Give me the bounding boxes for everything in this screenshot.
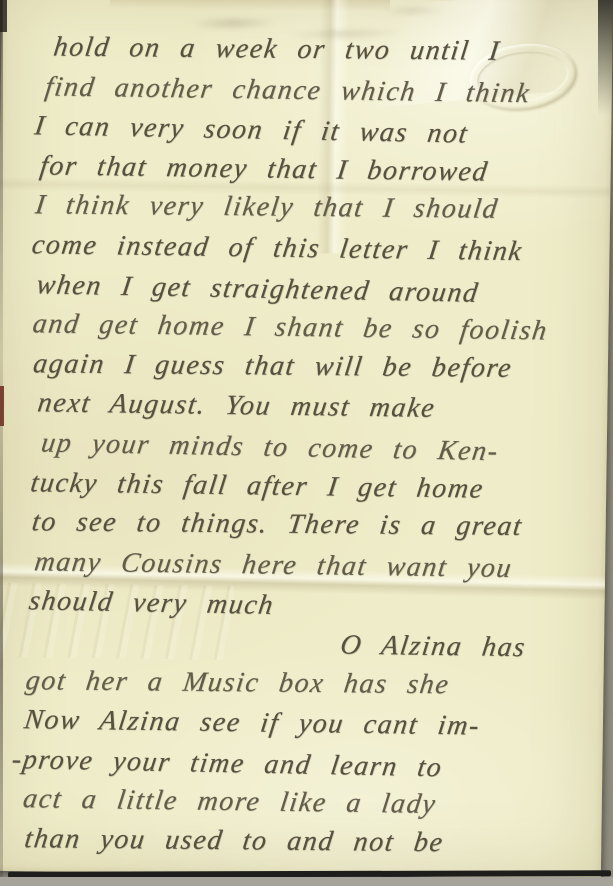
letter-paper: hold on a week or two until I find anoth… — [0, 0, 613, 879]
scan-background: hold on a week or two until I find anoth… — [0, 0, 613, 886]
letter-line: Now Alzina see if you cant im- — [22, 700, 613, 748]
letter-line: than you used to and not be — [22, 819, 613, 864]
scan-corner-shadow-top-right — [598, 0, 613, 115]
letter-line: hold on a week or two until I — [51, 28, 613, 73]
letter-line: O Alzina has — [338, 626, 613, 669]
letter-line: got her a Music box has she — [23, 661, 613, 706]
letter-body: hold on a week or two until I find anoth… — [20, 0, 613, 867]
letter-line: I think very likely that I should — [33, 186, 613, 231]
scanner-bed-bottom — [0, 877, 613, 886]
scan-corner-shadow-top-left — [0, 0, 7, 32]
letter-line: again I guess that will be before — [31, 344, 613, 389]
letter-line: come instead of this letter I think — [29, 225, 613, 273]
left-edge-mark — [0, 386, 4, 426]
letter-line: should very much — [26, 582, 613, 633]
letter-line: to see to things. There is a great — [29, 502, 613, 547]
scan-edge-left — [0, 0, 3, 886]
